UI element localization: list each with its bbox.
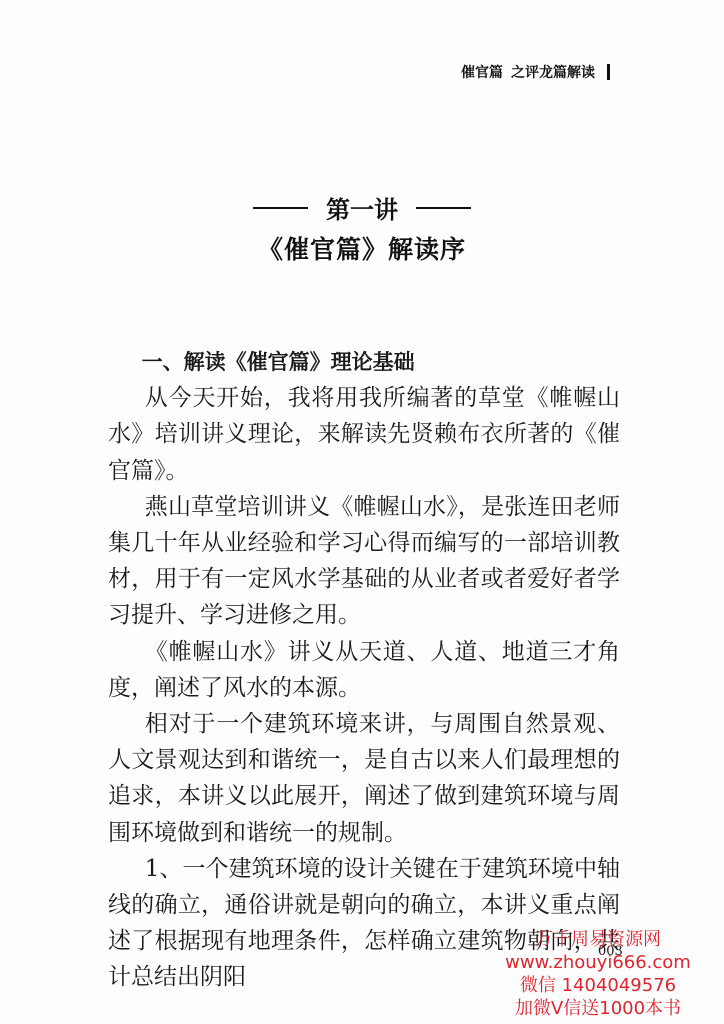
- chapter-number: 第一讲: [0, 190, 724, 225]
- right-rule: [416, 207, 471, 209]
- left-rule: [253, 207, 308, 209]
- paragraph: 相对于一个建筑环境来讲，与周围自然景观、人文景观达到和谐统一，是自古以来人们最理…: [108, 706, 620, 851]
- paragraph: 燕山草堂培训讲义《帷幄山水》，是张连田老师集几十年从业经验和学习心得而编写的一部…: [108, 489, 620, 634]
- chapter-number-label: 第一讲: [326, 190, 398, 225]
- watermark: 万千周易资源网 www.zhouyi666.com 微信 1404049576 …: [478, 928, 718, 1020]
- watermark-site-name: 万千周易资源网: [478, 928, 718, 951]
- watermark-promo: 加微V信送1000本书: [478, 997, 718, 1020]
- watermark-wechat: 微信 1404049576: [478, 974, 718, 997]
- watermark-url: www.zhouyi666.com: [478, 951, 718, 974]
- running-header-bar: [607, 64, 610, 80]
- running-header: 催官篇 之评龙篇解读: [461, 62, 610, 82]
- section-heading: 一、解读《催官篇》理论基础: [108, 344, 620, 380]
- paragraph: 《帷幄山水》讲义从天道、人道、地道三才角度，阐述了风水的本源。: [108, 634, 620, 706]
- body-text: 一、解读《催官篇》理论基础 从今天开始，我将用我所编著的草堂《帷幄山水》培训讲义…: [108, 344, 620, 996]
- running-header-section-title: 之评龙篇解读: [511, 62, 595, 82]
- chapter-title: 《催官篇》解读序: [0, 230, 724, 266]
- running-header-book-title: 催官篇: [461, 62, 503, 82]
- paragraph: 从今天开始，我将用我所编著的草堂《帷幄山水》培训讲义理论，来解读先贤赖布衣所著的…: [108, 380, 620, 489]
